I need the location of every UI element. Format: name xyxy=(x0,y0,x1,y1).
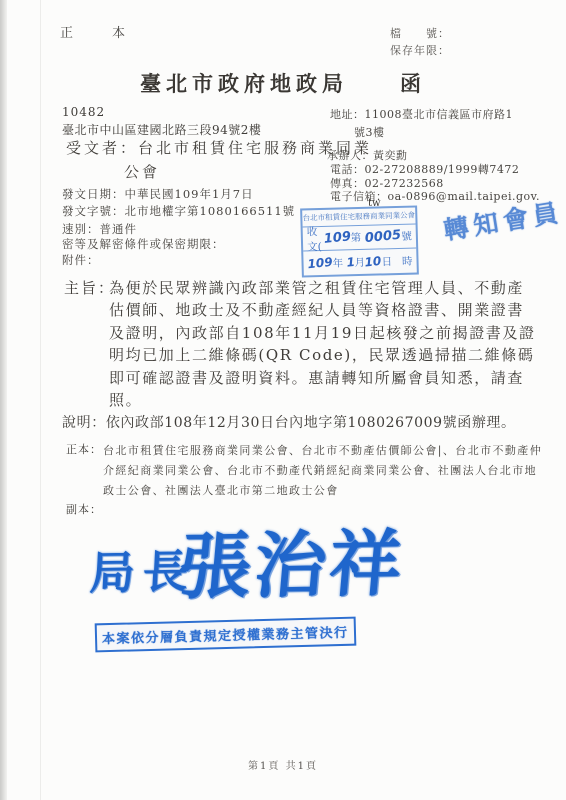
receipt-day-unit: 日 xyxy=(381,254,392,269)
receipt-hour-unit: 時 xyxy=(402,253,413,268)
receipt-serial-handwritten: 0005 xyxy=(365,228,402,246)
subject-line: 照。 xyxy=(109,389,536,411)
distribution-line: 台北市租賃住宅服務商業同業公會、台北市不動產估價師公會|、台北市不動產仲 xyxy=(103,441,542,461)
subject-line: 為便於民眾辨識內政部業管之租賃住宅管理人員、不動產 xyxy=(109,277,536,299)
recipient-name-line2: 公會 xyxy=(124,161,160,182)
dispatch-speed: 速別：普通件 xyxy=(62,221,137,237)
dispatch-number: 發文字號：北市地權字第1080166511號 xyxy=(62,203,295,219)
dispatch-date: 發文日期：中華民國109年1月7日 xyxy=(62,186,254,202)
secrecy-clause: 密等及解密條件或保密期限： xyxy=(62,236,225,252)
file-number-label: 檔 號： xyxy=(390,25,450,41)
issuer-address-line1: 地址：11008臺北市信義區市府路1 xyxy=(330,106,513,122)
copy-type-label: 正 本 xyxy=(60,22,138,41)
original-copy-label: 正本： xyxy=(66,441,102,457)
scan-crease-line xyxy=(40,0,41,800)
explanation-line: 說明：依內政部108年12月30日台內地字第1080267009號函辦理。 xyxy=(62,412,516,432)
document-title: 臺北市政府地政局 函 xyxy=(0,68,566,98)
recipient-street: 臺北市中山區建國北路三段94號2樓 xyxy=(62,121,261,138)
attachment-label: 附件： xyxy=(62,252,100,268)
subject-line: 即可確認證書及證明資料。惠請轉知所屬會員知悉，請查 xyxy=(109,367,536,389)
scan-left-edge xyxy=(0,0,7,800)
delegation-authority-stamp: 本案依分層負責規定授權業務主管決行 xyxy=(95,617,356,653)
original-copy-recipients: 台北市租賃住宅服務商業同業公會、台北市不動產估價師公會|、台北市不動產仲 介經紀… xyxy=(103,441,542,501)
receipt-no-suffix: 號 xyxy=(401,229,412,244)
explanation-label: 說明： xyxy=(62,415,106,431)
receipt-no-label: 第 xyxy=(351,230,362,245)
page-number: 第1頁 共1頁 xyxy=(0,757,566,772)
receipt-prefix: 收文( xyxy=(307,223,324,253)
explanation-text: 依內政部108年12月30日台內地字第1080267009號函辦理。 xyxy=(106,415,516,431)
issuer-address-line2: 號3樓 xyxy=(354,124,385,140)
scanned-official-letter: 正 本 檔 號： 保存年限： 臺北市政府地政局 函 10482 臺北市中山區建國… xyxy=(0,0,566,800)
receipt-stamp-number-row: 收文( 109 第 0005 號 xyxy=(303,225,417,252)
subject-label: 主旨： xyxy=(64,277,115,298)
retention-period-label: 保存年限： xyxy=(390,42,450,58)
distribution-line: 政士公會、社團法人臺北市第二地政士公會 xyxy=(103,481,542,501)
director-signature: 局長 張治祥 xyxy=(77,509,409,625)
receipt-stamp-box: 台北市租賃住宅服務商業同業公會 收文( 109 第 0005 號 109 年 1… xyxy=(300,205,419,277)
receipt-date-day-handwritten: 10 xyxy=(364,254,382,270)
issuer-email-tld: tw xyxy=(368,198,381,209)
receipt-date-year-handwritten: 109 xyxy=(307,255,333,271)
distribution-line: 介經紀商業同業公會、台北市不動產代銷經紀商業同業公會、社團法人台北市地 xyxy=(103,461,542,481)
subject-body: 為便於民眾辨識內政部業管之租賃住宅管理人員、不動產 估價師、地政士及不動產經紀人… xyxy=(109,277,536,411)
subject-line: 及證明，內政部自108年11月19日起核發之前揭證書及證 xyxy=(109,322,536,344)
receipt-year-handwritten: 109 xyxy=(323,229,351,247)
signer-name: 張治祥 xyxy=(175,505,409,613)
recipient-zip: 10482 xyxy=(62,105,105,119)
subject-line: 明均已加上二維條碼(QR Code)，民眾透過掃描二維條碼 xyxy=(109,344,536,366)
subject-line: 估價師、地政士及不動產經紀人員等資格證書、開業證書 xyxy=(109,299,536,321)
receipt-date-month-handwritten: 1 xyxy=(345,255,355,270)
receipt-year-unit: 年 xyxy=(332,255,343,270)
